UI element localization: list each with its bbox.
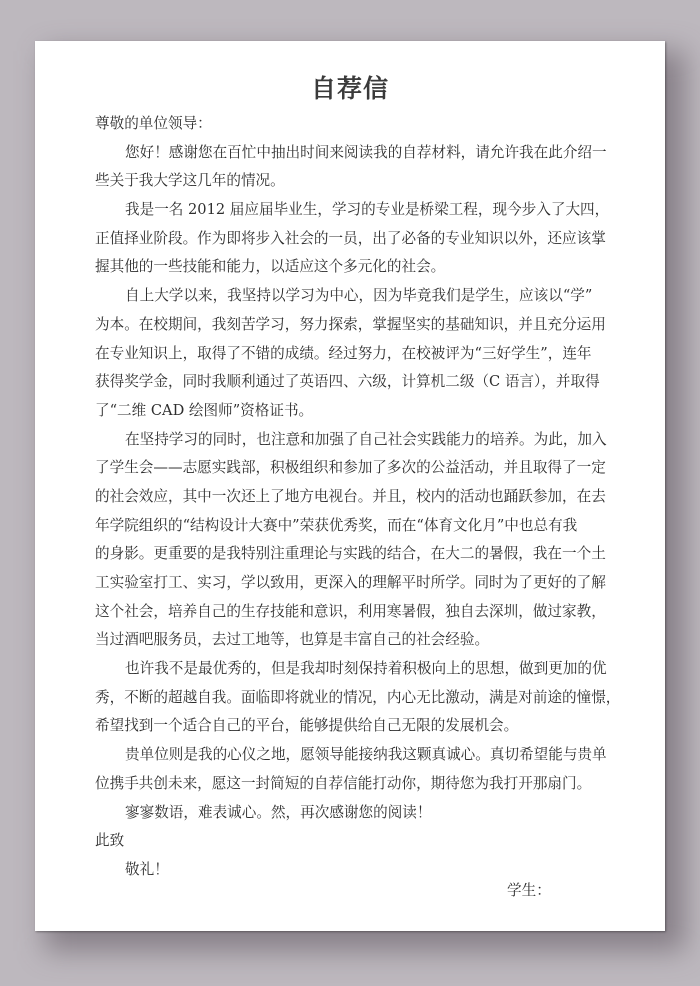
text-line: 自上大学以来，我坚持以学习为中心，因为毕竟我们是学生，应该以“学” bbox=[95, 282, 615, 311]
salutation: 尊敬的单位领导： bbox=[95, 110, 615, 139]
text-line: 为本。在校期间，我刻苦学习，努力探索，掌握坚实的基础知识，并且充分运用 bbox=[95, 311, 615, 340]
text-line: 寥寥数语，难表诚心。然，再次感谢您的阅读！ bbox=[95, 799, 615, 828]
text-line: 秀，不断的超越自我。面临即将就业的情况，内心无比激动，满是对前途的憧憬， bbox=[95, 684, 615, 713]
text-line: 位携手共创未来，愿这一封简短的自荐信能打动你，期待您为我打开那扇门。 bbox=[95, 770, 615, 799]
text-line: 年学院组织的“结构设计大赛中”荣获优秀奖，而在“体育文化月”中也总有我 bbox=[95, 512, 615, 541]
text-line: 获得奖学金，同时我顺利通过了英语四、六级，计算机二级（C 语言），并取得 bbox=[95, 368, 615, 397]
text-line: 握其他的一些技能和能力，以适应这个多元化的社会。 bbox=[95, 253, 615, 282]
text-line: 希望找到一个适合自己的平台，能够提供给自己无限的发展机会。 bbox=[95, 712, 615, 741]
closing-line: 此致 bbox=[95, 827, 615, 856]
text-line: 工实验室打工、实习，学以致用，更深入的理解平时所学。同时为了更好的了解 bbox=[95, 569, 615, 598]
text-line: 的社会效应，其中一次还上了地方电视台。并且，校内的活动也踊跃参加，在去 bbox=[95, 483, 615, 512]
text-line: 您好！感谢您在百忙中抽出时间来阅读我的自荐材料，请允许我在此介绍一 bbox=[95, 139, 615, 168]
text-line: 在专业知识上，取得了不错的成绩。经过努力，在校被评为“三好学生”，连年 bbox=[95, 340, 615, 369]
text-line: 了“二维 CAD 绘图师”资格证书。 bbox=[95, 397, 615, 426]
text-line: 在坚持学习的同时，也注意和加强了自己社会实践能力的培养。为此，加入 bbox=[95, 426, 615, 455]
document-page: 自荐信 尊敬的单位领导： 您好！感谢您在百忙中抽出时间来阅读我的自荐材料，请允许… bbox=[35, 41, 665, 931]
text-line: 的身影。更重要的是我特别注重理论与实践的结合，在大二的暑假，我在一个土 bbox=[95, 540, 615, 569]
text-line: 我是一名 2012 届应届毕业生，学习的专业是桥梁工程，现今步入了大四， bbox=[95, 196, 615, 225]
text-line: 贵单位则是我的心仪之地，愿领导能接纳我这颗真诚心。真切希望能与贵单 bbox=[95, 741, 615, 770]
text-line: 当过酒吧服务员，去过工地等，也算是丰富自己的社会经验。 bbox=[95, 626, 615, 655]
text-line: 这个社会，培养自己的生存技能和意识，利用寒暑假，独自去深圳，做过家教， bbox=[95, 598, 615, 627]
text-line: 了学生会——志愿实践部，积极组织和参加了多次的公益活动，并且取得了一定 bbox=[95, 454, 615, 483]
text-line: 些关于我大学这几年的情况。 bbox=[95, 167, 615, 196]
signature: 学生： bbox=[507, 879, 551, 900]
text-line: 也许我不是最优秀的，但是我却时刻保持着积极向上的思想，做到更加的优 bbox=[95, 655, 615, 684]
letter-body: 尊敬的单位领导： 您好！感谢您在百忙中抽出时间来阅读我的自荐材料，请允许我在此介… bbox=[95, 110, 615, 885]
text-line: 正值择业阶段。作为即将步入社会的一员，出了必备的专业知识以外，还应该掌 bbox=[95, 225, 615, 254]
document-title: 自荐信 bbox=[35, 69, 665, 105]
